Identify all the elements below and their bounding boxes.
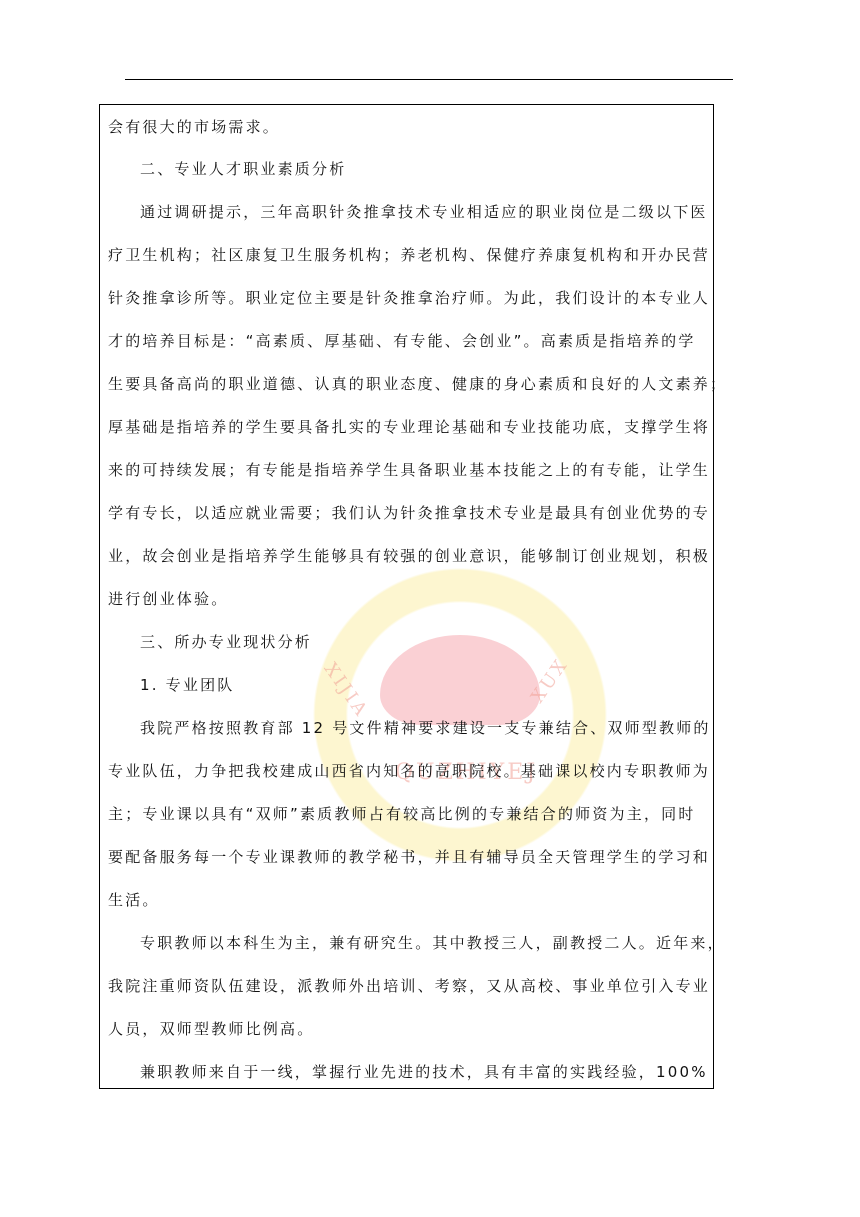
paragraph-line: 三、所办专业现状分析	[140, 632, 312, 652]
paragraph-line: 业，故会创业是指培养学生能够具有较强的创业意识，能够制订创业规划，积极	[108, 546, 710, 566]
paragraph-line: 1. 专业团队	[140, 675, 234, 695]
paragraph-line: 来的可持续发展；有专能是指培养学生具备职业基本技能之上的有专能，让学生	[108, 460, 710, 480]
paragraph-line: 要配备服务每一个专业课教师的教学秘书，并且有辅导员全天管理学生的学习和	[108, 847, 710, 867]
paragraph-line: 我院严格按照教育部 12 号文件精神要求建设一支专兼结合、双师型教师的	[140, 718, 711, 738]
paragraph-line: 针灸推拿诊所等。职业定位主要是针灸推拿治疗师。为此，我们设计的本专业人	[108, 288, 710, 308]
paragraph-line: 才的培养目标是：“高素质、厚基础、有专能、会创业”。高素质是指培养的学	[108, 331, 696, 351]
paragraph-line: 通过调研提示，三年高职针灸推拿技术专业相适应的职业岗位是二级以下医	[140, 202, 708, 222]
paragraph-line: 厚基础是指培养的学生要具备扎实的专业理论基础和专业技能功底，支撑学生将	[108, 417, 710, 437]
paragraph-line: 学有专长，以适应就业需要；我们认为针灸推拿技术专业是最具有创业优势的专	[108, 503, 710, 523]
paragraph-line: 人员，双师型教师比例高。	[108, 1019, 314, 1039]
paragraph-line: 会有很大的市场需求。	[108, 117, 280, 137]
header-rule	[125, 79, 733, 80]
paragraph-line: 主；专业课以具有“双师”素质教师占有较高比例的专兼结合的师资为主，同时	[108, 804, 696, 824]
paragraph-line: 生要具备高尚的职业道德、认真的职业态度、健康的身心素质和良好的人文素养；	[108, 374, 727, 394]
paragraph-line: 二、专业人才职业素质分析	[140, 159, 346, 179]
paragraph-line: 进行创业体验。	[108, 589, 228, 609]
paragraph-line: 专业队伍，力争把我校建成山西省内知名的高职院校。基础课以校内专职教师为	[108, 761, 710, 781]
paragraph-line: 专职教师以本科生为主，兼有研究生。其中教授三人，副教授二人。近年来，	[140, 933, 725, 953]
paragraph-line: 生活。	[108, 890, 160, 910]
paragraph-line: 我院注重师资队伍建设，派教师外出培训、考察，又从高校、事业单位引入专业	[108, 976, 710, 996]
paragraph-line: 兼职教师来自于一线，掌握行业先进的技术，具有丰富的实践经验，100%	[140, 1062, 708, 1082]
paragraph-line: 疗卫生机构；社区康复卫生服务机构；养老机构、保健疗养康复机构和开办民营	[108, 245, 710, 265]
